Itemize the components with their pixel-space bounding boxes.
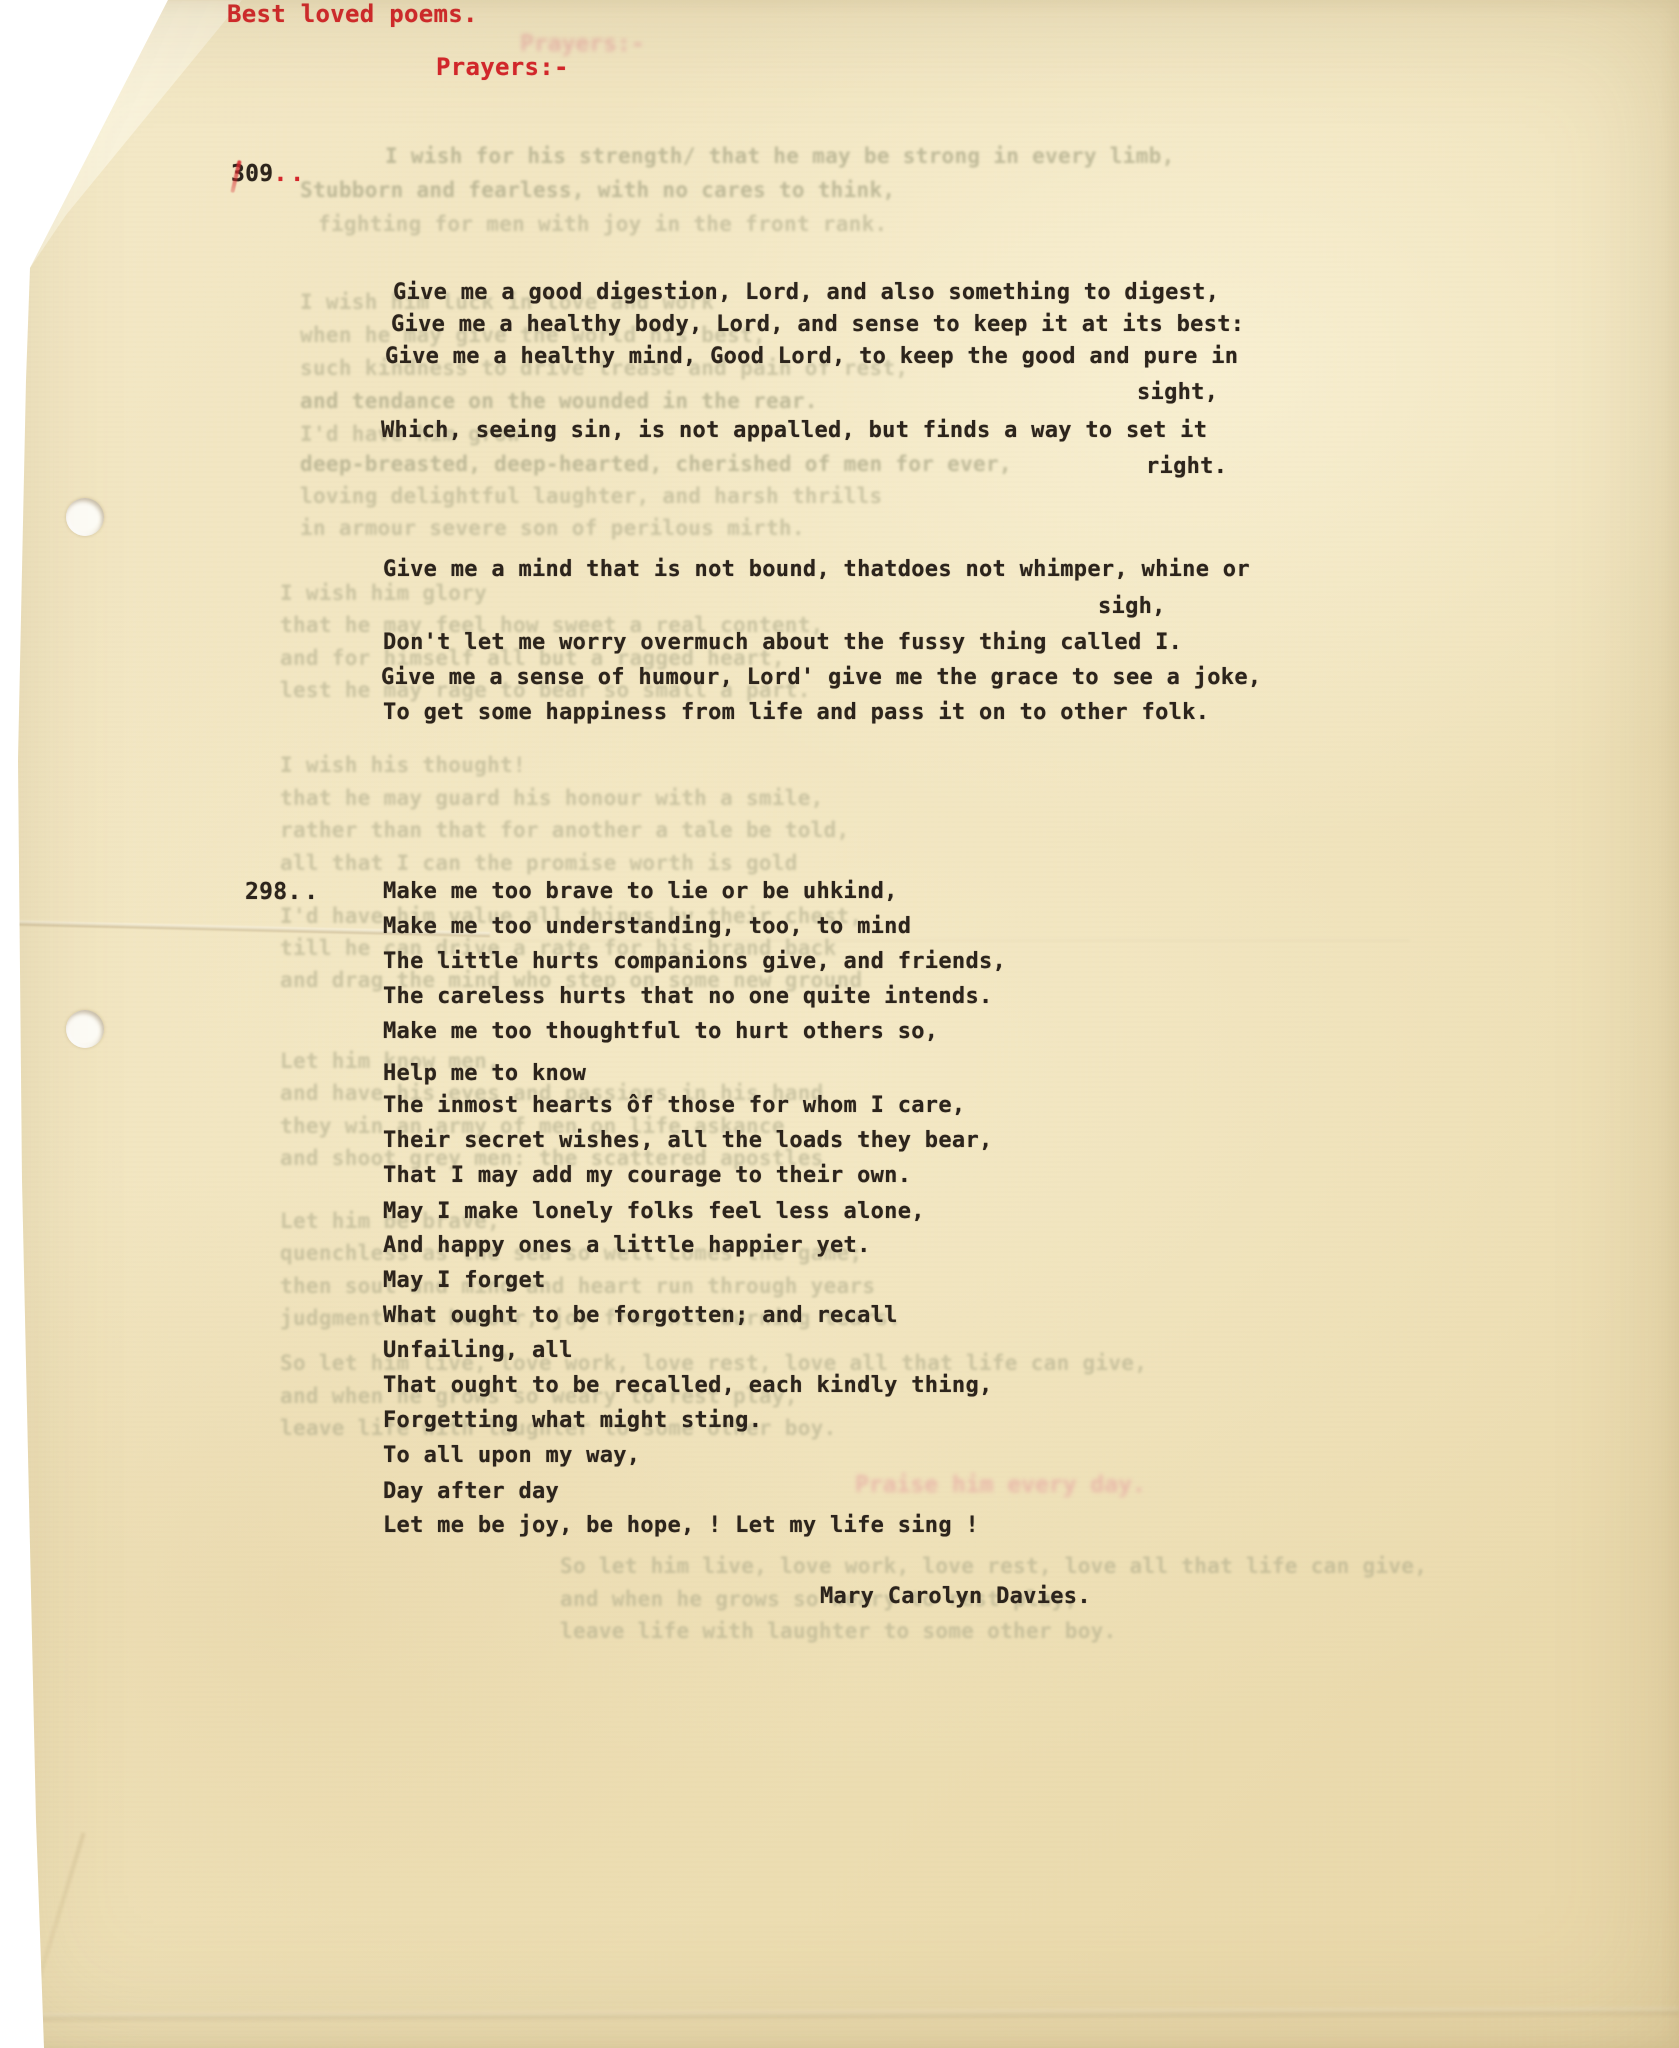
poem-line: Unfailing, all — [383, 1340, 573, 1362]
poem-line: Make me too brave to lie or be uhkind, — [383, 881, 898, 903]
poem-line: Make me too thoughtful to hurt others so… — [383, 1021, 938, 1043]
poem-line: That ought to be recalled, each kindly t… — [383, 1375, 993, 1397]
poem-line: Give me a good digestion, Lord, and also… — [393, 282, 1219, 304]
poem-line: Let me be joy, be hope, ! Let my life si… — [383, 1515, 979, 1537]
poem-line: sight, — [1137, 382, 1218, 404]
poem-line: To all upon my way, — [383, 1445, 640, 1467]
poem-line: Make me too understanding, too, to mind — [383, 916, 911, 938]
page-title: Best loved poems. — [227, 2, 478, 26]
bleedthrough-text: I wish his thought! — [280, 755, 526, 776]
bleedthrough-text: fighting for men with joy in the front r… — [318, 214, 888, 235]
bleedthrough-red-text: Praise him every day. — [855, 1474, 1146, 1497]
paper-sheet: Prayers:- Praise him every day. I wish f… — [0, 0, 1679, 2048]
bleedthrough-text: that he may guard his honour with a smil… — [280, 788, 824, 809]
poem-line: The careless hurts that no one quite int… — [383, 986, 993, 1008]
bleedthrough-text: I wish him glory — [280, 583, 487, 604]
poem-line: Which, seeing sin, is not appalled, but … — [381, 420, 1207, 442]
poem-number-digits: 298 — [245, 879, 287, 905]
poem-number-dots: .. — [273, 161, 307, 187]
poem-line: May I make lonely folks feel less alone, — [383, 1201, 925, 1223]
punch-hole — [66, 498, 104, 536]
bleedthrough-text: in armour severe son of perilous mirth. — [300, 518, 805, 539]
bleedthrough-text: Stubborn and fearless, with no cares to … — [300, 180, 895, 201]
poem-line: May I forget — [383, 1270, 546, 1292]
poem-line: That I may add my courage to their own. — [383, 1165, 911, 1187]
poem-line: right. — [1146, 456, 1227, 478]
poem-line: Don't let me worry overmuch about the fu… — [383, 632, 1182, 654]
bleedthrough-text: So let him live, love work, love rest, l… — [560, 1556, 1427, 1577]
poem-line: And happy ones a little happier yet. — [383, 1235, 871, 1257]
poem-number-298: 298.. — [245, 881, 321, 904]
bleedthrough-text: I wish for his strength/ that he may be … — [385, 146, 1175, 167]
poem-line: Give me a mind that is not bound, thatdo… — [383, 559, 1250, 581]
paper-crease — [14, 1832, 85, 2048]
bleedthrough-text: and tendance on the wounded in the rear. — [300, 391, 818, 412]
bleedthrough-text: all that I can the promise worth is gold — [280, 853, 798, 874]
poem-attribution: Mary Carolyn Davies. — [820, 1586, 1091, 1608]
poem-line: Give me a healthy body, Lord, and sense … — [391, 314, 1244, 336]
poem-line: Help me to know — [383, 1063, 586, 1085]
poem-line: Day after day — [383, 1481, 559, 1503]
section-heading: Prayers:- — [436, 55, 569, 79]
bleedthrough-text: loving delightful laughter, and harsh th… — [300, 486, 882, 507]
poem-line: Their secret wishes, all the loads they … — [383, 1130, 993, 1152]
punch-hole — [66, 1010, 104, 1048]
bleedthrough-text: deep-breasted, deep-hearted, cherished o… — [300, 454, 1012, 475]
bleedthrough-text: then soul and mind and heart run through… — [280, 1276, 875, 1297]
poem-line: To get some happiness from life and pass… — [383, 702, 1209, 724]
poem-line: The little hurts companions give, and fr… — [383, 951, 1006, 973]
paper-crease — [0, 2007, 1679, 2021]
poem-line: Forgetting what might sting. — [383, 1410, 762, 1432]
poem-number-dots: .. — [287, 879, 321, 905]
poem-line: Give me a healthy mind, Good Lord, to ke… — [385, 346, 1238, 368]
poem-line: Give me a sense of humour, Lord' give me… — [381, 667, 1261, 689]
bleedthrough-text: leave life with laughter to some other b… — [560, 1621, 1117, 1642]
poem-line: sigh, — [1098, 596, 1166, 618]
poem-line: The inmost hearts ôf those for whom I ca… — [383, 1095, 965, 1117]
scanned-document: Prayers:- Praise him every day. I wish f… — [0, 0, 1679, 2048]
bleedthrough-text: rather than that for another a tale be t… — [280, 820, 850, 841]
poem-number-309: 309.. — [231, 163, 307, 186]
poem-line: What ought to be forgotten; and recall — [383, 1305, 898, 1327]
